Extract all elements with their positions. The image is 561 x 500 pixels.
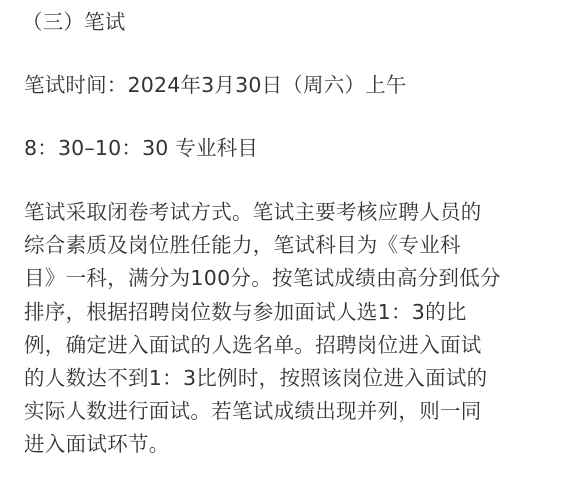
paragraph-line: 笔试采取闭卷考试方式。笔试主要考核应聘人员的 (24, 196, 544, 229)
paragraph-line: 目》一科，满分为100分。按笔试成绩由高分到低分 (24, 262, 544, 295)
paragraph-line: 排序，根据招聘岗位数与参加面试人选1：3的比 (24, 296, 544, 329)
paragraph-line: 进入面试环节。 (24, 428, 544, 461)
exam-time: 笔试时间：2024年3月30日（周六）上午 (24, 71, 407, 99)
paragraph-line: 综合素质及岗位胜任能力，笔试科目为《专业科 (24, 229, 544, 262)
paragraph-line: 实际人数进行面试。若笔试成绩出现并列，则一同 (24, 395, 544, 428)
exam-description-paragraph: 笔试采取闭卷考试方式。笔试主要考核应聘人员的 综合素质及岗位胜任能力，笔试科目为… (24, 196, 544, 462)
paragraph-line: 的人数达不到1：3比例时，按照该岗位进入面试的 (24, 362, 544, 395)
paragraph-line: 例，确定进入面试的人选名单。招聘岗位进入面试 (24, 329, 544, 362)
exam-session: 8：30–10：30 专业科目 (24, 134, 258, 162)
section-heading: （三）笔试 (22, 8, 126, 36)
